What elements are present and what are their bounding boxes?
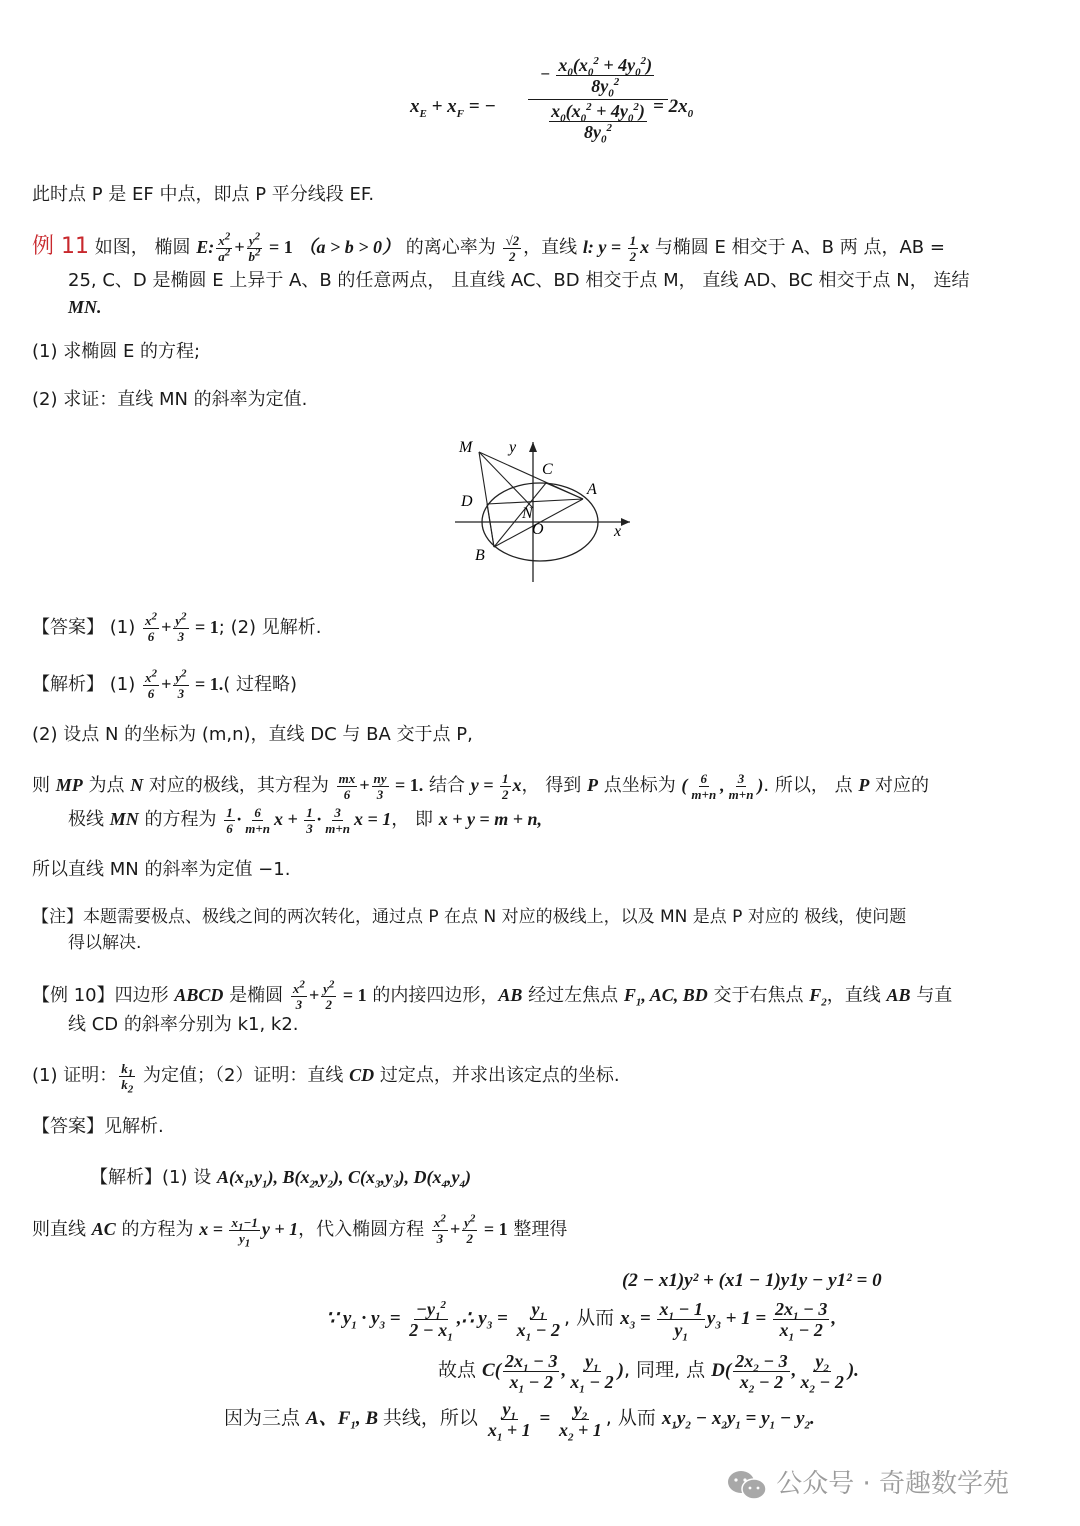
ellipse-figure: M y C A D N O x B bbox=[445, 432, 640, 587]
svg-text:D: D bbox=[460, 493, 473, 510]
svg-text:B: B bbox=[475, 547, 485, 564]
svg-text:x: x bbox=[613, 523, 621, 540]
wechat-icon bbox=[726, 1469, 768, 1501]
svg-text:C: C bbox=[542, 461, 553, 478]
note-line2: 得以解决. bbox=[32, 928, 1048, 958]
example10-line1: 【例 10】四边形 ABCD 是椭圆 x23+y22 = 1 的内接四边形，AB… bbox=[32, 980, 1048, 1011]
equation-3: 故点 C(2x1 − 3x1 − 2,y1x1 − 2), 同理, 点 D(2x… bbox=[438, 1352, 859, 1391]
equation-4: 因为三点 A、F1, B 共线，所以 y1x1 + 1 = y2x2 + 1, … bbox=[224, 1400, 815, 1439]
example10-ac-line: 则直线 AC 的方程为 x = x1−1y1y + 1，代入椭圆方程 x23+y… bbox=[32, 1214, 1048, 1245]
svg-text:y: y bbox=[507, 439, 517, 456]
example10-answer: 【答案】见解析. bbox=[32, 1112, 1048, 1142]
analysis-11-p3-line2: 极线 MN 的方程为 16·6m+nx + 13·3m+nx = 1， 即 x … bbox=[32, 804, 1048, 835]
svg-text:M: M bbox=[458, 439, 474, 456]
svg-text:A: A bbox=[586, 481, 597, 498]
ellipse-diagram: M y C A D N O x B bbox=[445, 432, 640, 587]
analysis-11-p1: 【解析】 (1) x26+y23 = 1.( 过程略) bbox=[32, 669, 1048, 700]
conclusion-line: 此时点 P 是 EF 中点，即点 P 平分线段 EF. bbox=[32, 180, 1048, 210]
analysis-11-p3-line1: 则 MP 为点 N 对应的极线，其方程为 mx6+ny3 = 1. 结合 y =… bbox=[32, 770, 1048, 801]
top-formula: xE + xF = − − x0(x02 + 4y02)8y02 x0(x02 … bbox=[410, 56, 720, 166]
watermark: 公众号 · 奇趣数学苑 bbox=[726, 1463, 1009, 1501]
example10-questions: (1) 证明：k1k2 为定值；（2）证明：直线 CD 过定点，并求出该定点的坐… bbox=[32, 1060, 1048, 1091]
example-label: 例 11 bbox=[32, 234, 89, 259]
example10-line2: 线 CD 的斜率分别为 k1, k2. bbox=[32, 1010, 1048, 1040]
analysis-11-p2: (2) 设点 N 的坐标为 (m,n)，直线 DC 与 BA 交于点 P, bbox=[32, 720, 1048, 750]
analysis-11-p4: 所以直线 MN 的斜率为定值 −1. bbox=[32, 855, 1048, 885]
svg-text:N: N bbox=[521, 505, 534, 522]
svg-text:O: O bbox=[532, 521, 544, 538]
question-1: (1) 求椭圆 E 的方程; bbox=[32, 337, 1048, 367]
question-2: (2) 求证：直线 MN 的斜率为定值. bbox=[32, 385, 1048, 415]
example10-analysis-head: 【解析】(1) 设 A(x1,y1), B(x2,y2), C(x3,y3), … bbox=[32, 1162, 1048, 1193]
equation-2: ∵ y1 · y3 = −y122 − x1,∴ y3 = y1x1 − 2, … bbox=[326, 1300, 836, 1339]
equation-1: (2 − x1)y² + (x1 − 1)y1y − y1² = 0 bbox=[622, 1270, 882, 1292]
example11-line1: 例 11 如图， 椭圆 E:x2a2+y2b2 = 1 （a > b > 0） … bbox=[32, 232, 1048, 263]
example11-line3: MN. bbox=[32, 292, 1048, 323]
answer-11: 【答案】 (1) x26+y23 = 1; (2) 见解析. bbox=[32, 612, 1048, 643]
